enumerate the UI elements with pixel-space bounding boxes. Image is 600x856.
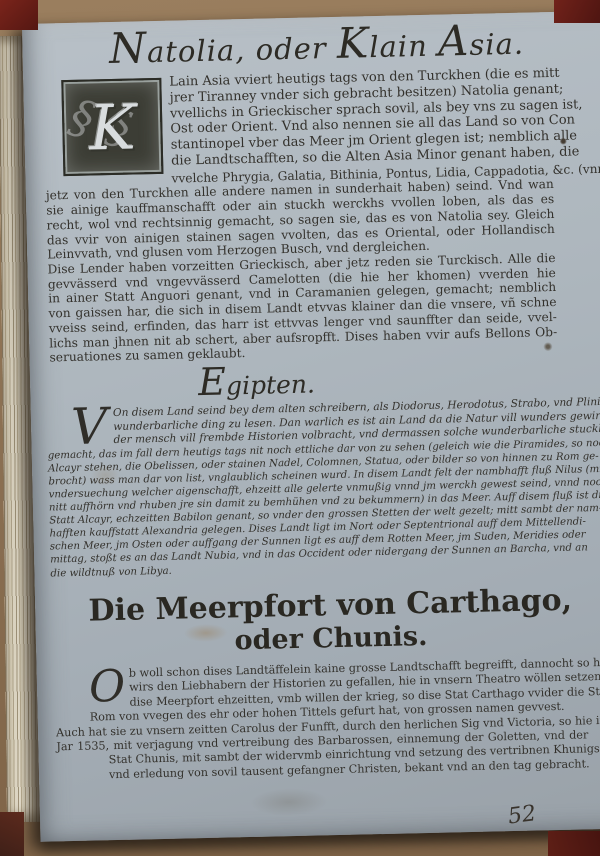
- egipten-heading: Egipten.: [198, 362, 600, 401]
- chapter-title: Natolia, oder Klain Asia.: [80, 26, 553, 71]
- drop-cap-letter: K: [88, 90, 136, 164]
- book-cover-corner-top-left: [0, 0, 38, 30]
- egipten-paragraph-body: gemacht, das im fall dern heutigs tags n…: [48, 437, 573, 580]
- heading-initial: E: [198, 359, 227, 404]
- photo-background: Natolia, oder Klain Asia. K Lain Asia vv…: [0, 0, 600, 856]
- book-cover-corner-bottom-left: [0, 812, 24, 856]
- handwritten-folio-number: 52: [507, 801, 538, 829]
- title-initial: N: [109, 23, 148, 73]
- carthago-paragraph-intro: O b woll schon dises Landtäffelein kaine…: [89, 657, 564, 726]
- title-text: atolia, oder: [147, 31, 338, 69]
- natolia-paragraph-intro: K Lain Asia vviert heutigs tags von den …: [61, 66, 539, 172]
- title-text: sia.: [469, 27, 524, 62]
- drop-cap-letter: O: [89, 668, 126, 705]
- ornamental-initial-block: K: [61, 78, 163, 176]
- title-initial: A: [437, 16, 469, 66]
- page-content: Natolia, oder Klain Asia. K Lain Asia vv…: [22, 24, 600, 855]
- paper-stain: [249, 787, 328, 817]
- drop-cap-letter: V: [71, 407, 108, 446]
- book-page: Natolia, oder Klain Asia. K Lain Asia vv…: [22, 10, 600, 841]
- title-initial: K: [336, 18, 369, 68]
- book-cover-corner-top-right: [554, 0, 600, 23]
- heading-text: gipten.: [226, 369, 316, 400]
- natolia-paragraph-body: vvelche Phrygia, Galatia, Bithinia, Pont…: [45, 163, 557, 366]
- book-cover-corner-bottom-right: [548, 831, 600, 856]
- title-text: lain: [369, 29, 439, 65]
